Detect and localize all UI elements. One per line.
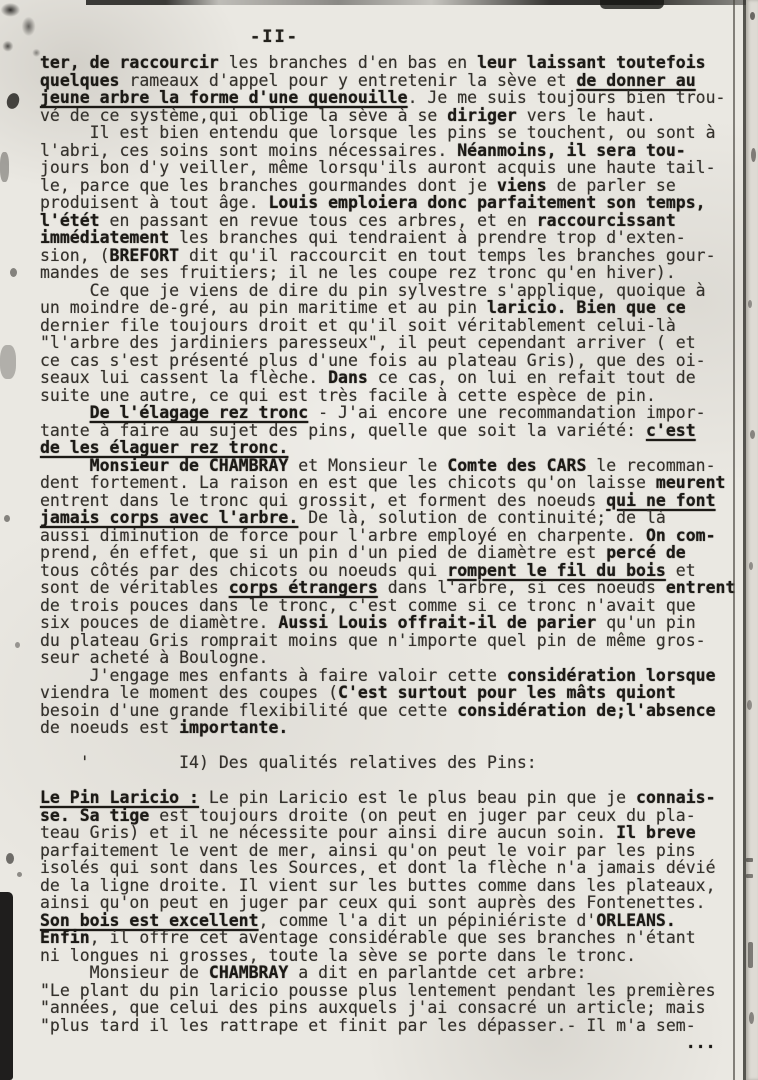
text-segment: jours bon d'y veiller, même lorsqu'ils a… <box>40 158 716 177</box>
text-line: entrent dans le tronc qui grossit, et fo… <box>40 492 740 510</box>
text-line: l'abri, ces soins sont moins nécessaires… <box>40 142 740 160</box>
text-segment: entrent dans le tronc qui grossit, et fo… <box>40 491 606 510</box>
text-segment: l'abri, ces soins sont moins nécessaires… <box>40 141 457 160</box>
scan-top-edge <box>86 0 750 5</box>
text-segment: On com- <box>646 526 716 545</box>
text-line: Enfin, il offre cet aventage considérabl… <box>40 929 740 947</box>
edge-mark <box>750 12 755 20</box>
edge-mark <box>751 148 756 162</box>
text-segment: I4) Des qualités relatives des Pins: <box>179 753 537 772</box>
underlined-text: c'est <box>646 421 696 440</box>
scanned-page: { "page": { "number_label": "-II-", "pap… <box>0 0 758 1080</box>
text-line: seaux lui cassent la flèche. Dans ce cas… <box>40 369 740 387</box>
edge-mark <box>746 874 753 878</box>
text-segment: Enfin <box>40 928 90 947</box>
text-line: dent fortement. La raison en est que les… <box>40 474 740 492</box>
underlined-text: De l'élagage rez tronc <box>90 403 309 422</box>
text-segment: seaux lui cassent la flèche. <box>40 368 328 387</box>
text-segment: seur acheté à Boulogne. <box>40 648 268 667</box>
text-segment: Dans <box>328 368 368 387</box>
text-segment: ce cas, on lui en refait tout de <box>368 368 696 387</box>
text-line: aussi diminution de force pour l'arbre e… <box>40 527 740 545</box>
text-segment: Il breve <box>616 823 695 842</box>
text-segment: isolés qui sont dans les Sources, et don… <box>40 858 716 877</box>
text-line: De l'élagage rez tronc - J'ai encore une… <box>40 404 740 422</box>
ink-speck <box>5 92 21 111</box>
text-segment: mandes de ses fruitiers; il ne les coupe… <box>40 263 676 282</box>
underlined-text: qui ne font <box>606 491 715 510</box>
text-line: de noeuds est importante. <box>40 719 740 737</box>
text-segment: De là, solution de continuité; de là <box>298 508 666 527</box>
text-segment: Comte des CARS <box>447 456 586 475</box>
text-segment: CHAMBRAY <box>209 963 288 982</box>
text-segment: parfaitement le vent de mer, ainsi qu'on… <box>40 841 696 860</box>
text-line: tous côtés par des chicots ou noeuds qui… <box>40 562 740 580</box>
text-segment: qu'un pin <box>596 613 695 632</box>
text-line: Ce que je viens de dire du pin sylvestre… <box>40 282 740 300</box>
edge-mark <box>746 858 753 862</box>
text-segment: "plus tard il les rattrape et finit par … <box>40 1016 696 1035</box>
text-line: tante à faire au sujet des pins, quelle … <box>40 422 740 440</box>
text-segment: prend, én effet, que si un pin d'un pied… <box>40 543 606 562</box>
text-line: mandes de ses fruitiers; il ne les coupe… <box>40 264 740 282</box>
text-line: l'étét en passant en revue tous ces arbr… <box>40 212 740 230</box>
text-line: sion, (BREFORT dit qu'il raccourcit en t… <box>40 247 740 265</box>
text-segment: six pouces de diamètre. <box>40 613 278 632</box>
text-line: sont de véritables corps étrangers dans … <box>40 579 740 597</box>
text-segment: connais- <box>636 788 715 807</box>
text-segment: de parler se <box>547 176 676 195</box>
text-segment: entrent <box>666 578 736 597</box>
underlined-text: jamais corps avec l'arbre. <box>40 508 298 527</box>
text-line: isolés qui sont dans les Sources, et don… <box>40 859 740 877</box>
text-line: immédiatement les branches qui tendraien… <box>40 229 740 247</box>
text-line: jeune arbre la forme d'une quenouille. J… <box>40 89 740 107</box>
text-line: ... <box>40 1034 740 1052</box>
text-segment: raccourcissant <box>537 211 676 230</box>
text-segment: dans l'arbre, si ces noeuds <box>378 578 666 597</box>
ink-speck <box>17 872 22 877</box>
text-segment: Le pin Laricio est le plus beau pin que … <box>199 788 636 807</box>
text-line: "Le plant du pin laricio pousse plus len… <box>40 982 740 1000</box>
text-segment: du plateau Gris romprait moins que n'imp… <box>40 631 706 650</box>
page-number: -II- <box>250 27 299 47</box>
text-segment: les branches qui tendraient à prendre tr… <box>169 228 686 247</box>
edge-mark <box>749 1012 754 1024</box>
text-segment: de la ligne droite. Il vient sur les but… <box>40 876 716 895</box>
text-segment: l'étét <box>40 211 100 230</box>
text-segment: BREFORT <box>110 246 180 265</box>
text-segment: est toujours droite (on peut en juger pa… <box>149 806 695 825</box>
text-segment: le, parce que les branches gourmandes do… <box>40 176 497 195</box>
ink-speck <box>15 642 20 648</box>
text-segment: laricio. Bien que ce <box>487 298 686 317</box>
text-line: vé de ce système,qui oblige la sève à se… <box>40 107 740 125</box>
edge-mark <box>750 430 755 439</box>
text-segment: tante à faire au sujet des pins, quelle … <box>40 421 646 440</box>
text-segment: de noeuds est <box>40 718 179 737</box>
text-segment: . Je me suis toujours bien trou- <box>408 88 726 107</box>
text-segment: les branches d'en bas en <box>219 53 477 72</box>
text-line: jamais corps avec l'arbre. De là, soluti… <box>40 509 740 527</box>
text-line: prend, én effet, que si un pin d'un pied… <box>40 544 740 562</box>
text-segment: se. Sa tige <box>40 806 149 825</box>
text-line: de la ligne droite. Il vient sur les but… <box>40 877 740 895</box>
text-segment: ORLEANS. <box>596 911 675 930</box>
text-segment: viendra le moment des coupes ( <box>40 683 338 702</box>
text-line <box>40 772 740 790</box>
underlined-text: jeune arbre la forme d'une quenouille <box>40 88 408 107</box>
text-segment: rameaux d'appel pour y entretenir la sèv… <box>119 71 576 90</box>
text-line: ' I4) Des qualités relatives des Pins: <box>40 754 740 772</box>
text-segment: Il est bien entendu que lorsque les pins… <box>40 123 716 142</box>
text-segment: immédiatement <box>40 228 169 247</box>
text-line: se. Sa tige est toujours droite (on peut… <box>40 807 740 825</box>
ink-speck <box>6 853 14 864</box>
text-segment: ' <box>40 753 179 772</box>
text-line: quelques rameaux d'appel pour y entreten… <box>40 72 740 90</box>
text-segment: J'engage mes enfants à faire valoir cett… <box>40 666 507 685</box>
text-line: seur acheté à Boulogne. <box>40 649 740 667</box>
text-segment: et <box>666 561 696 580</box>
text-line: le, parce que les branches gourmandes do… <box>40 177 740 195</box>
text-segment: vers le haut. <box>517 106 656 125</box>
ink-speck <box>0 152 9 182</box>
text-segment: le recomman- <box>586 456 715 475</box>
underlined-text: de donner au <box>576 71 695 90</box>
text-line: Il est bien entendu que lorsque les pins… <box>40 124 740 142</box>
underlined-text: Le Pin Laricio : <box>40 788 199 807</box>
text-line: parfaitement le vent de mer, ainsi qu'on… <box>40 842 740 860</box>
edge-mark <box>749 562 753 570</box>
text-segment: suite une autre, ce qui est très facile … <box>40 386 656 405</box>
text-segment: et Monsieur le <box>288 456 447 475</box>
text-line: du plateau Gris romprait moins que n'imp… <box>40 632 740 650</box>
text-body: ter, de raccourcir les branches d'en bas… <box>40 54 740 1052</box>
text-segment: dernier file toujours droit et qu'il soi… <box>40 316 676 335</box>
text-segment: Néanmoins, il sera tou- <box>457 141 685 160</box>
text-line: jours bon d'y veiller, même lorsqu'ils a… <box>40 159 740 177</box>
text-line: de trois pouces dans le tronc, c'est com… <box>40 597 740 615</box>
text-segment: ainsi qu'on peut en juger par ceux qui s… <box>40 893 706 912</box>
text-segment: un moindre de-gré, au pin maritime et au… <box>40 298 487 317</box>
text-segment: C'est surtout pour les mâts quiont <box>338 683 676 702</box>
text-line: Monsieur de CHAMBRAY et Monsieur le Comt… <box>40 457 740 475</box>
text-line: six pouces de diamètre. Aussi Louis offr… <box>40 614 740 632</box>
ink-speck <box>10 268 17 277</box>
text-line: Le Pin Laricio : Le pin Laricio est le p… <box>40 789 740 807</box>
text-line: suite une autre, ce qui est très facile … <box>40 387 740 405</box>
text-line: teau Gris) et il ne nécessite pour ainsi… <box>40 824 740 842</box>
text-line: un moindre de-gré, au pin maritime et au… <box>40 299 740 317</box>
text-segment: ce cas s'est présenté plus d'une fois au… <box>40 351 706 370</box>
underlined-text: de les élaguer rez tronc. <box>40 438 288 457</box>
text-line: "plus tard il les rattrape et finit par … <box>40 1017 740 1035</box>
text-segment: , comme l'a dit un pépiniériste d' <box>259 911 597 930</box>
page-edge-right <box>746 0 758 1080</box>
underlined-text: Son bois est excellent <box>40 911 259 930</box>
text-segment: sion, ( <box>40 246 110 265</box>
text-line: J'engage mes enfants à faire valoir cett… <box>40 667 740 685</box>
page-edge-line <box>743 0 746 1080</box>
text-segment: meurent <box>656 473 726 492</box>
text-segment: Monsieur de <box>40 963 209 982</box>
text-segment: teau Gris) et il ne nécessite pour ainsi… <box>40 823 616 842</box>
text-segment: Aussi Louis offrait-il de parier <box>278 613 596 632</box>
text-segment: importante. <box>179 718 288 737</box>
text-segment: , il offre cet aventage considérable que… <box>90 928 696 947</box>
text-segment: considération lorsque <box>507 666 716 685</box>
text-segment: en passant en revue tous ces arbres, et … <box>100 211 537 230</box>
text-segment: besoin d'une grande flexibilité que cett… <box>40 701 457 720</box>
text-line: ter, de raccourcir les branches d'en bas… <box>40 54 740 72</box>
text-segment: Louis emploiera donc parfaitement son te… <box>268 193 705 212</box>
binding-shadow-bar <box>0 892 13 1080</box>
text-segment <box>40 403 90 422</box>
text-segment: quelques <box>40 71 119 90</box>
text-segment: ni longues ni grosses, toute la sève se … <box>40 946 636 965</box>
text-segment: dit qu'il raccourcit en tout temps les b… <box>179 246 715 265</box>
text-line: de les élaguer rez tronc. <box>40 439 740 457</box>
text-segment: Monsieur de CHAMBRAY <box>90 456 289 475</box>
text-segment: de trois pouces dans le tronc, c'est com… <box>40 596 696 615</box>
text-segment: dent fortement. La raison en est que les… <box>40 473 656 492</box>
text-segment: sont de véritables <box>40 578 229 597</box>
text-line: ni longues ni grosses, toute la sève se … <box>40 947 740 965</box>
ink-speck <box>4 515 10 522</box>
text-line: ainsi qu'on peut en juger par ceux qui s… <box>40 894 740 912</box>
text-segment: "Le plant du pin laricio pousse plus len… <box>40 981 716 1000</box>
text-segment: percé de <box>606 543 685 562</box>
text-line: produisent à tout âge. Louis emploiera d… <box>40 194 740 212</box>
text-segment: "l'arbre des jardiniers paresseux", il p… <box>40 333 696 352</box>
text-segment: viens <box>497 176 547 195</box>
text-segment: diriger <box>447 106 517 125</box>
text-line: viendra le moment des coupes (C'est surt… <box>40 684 740 702</box>
text-segment: leur laissant toutefois <box>477 53 705 72</box>
text-segment: ter, de raccourcir <box>40 53 219 72</box>
text-segment <box>40 1033 686 1052</box>
text-segment: a dit en parlantde cet arbre: <box>288 963 586 982</box>
text-segment <box>40 456 90 475</box>
ink-smudge <box>600 0 664 9</box>
text-line <box>40 737 740 755</box>
edge-mark <box>748 300 752 308</box>
text-line: dernier file toujours droit et qu'il soi… <box>40 317 740 335</box>
underlined-text: rompent le fil du bois <box>447 561 666 580</box>
text-segment: ... <box>686 1033 716 1052</box>
text-segment: "années, que celui des pins auxquels j'a… <box>40 998 706 1017</box>
underlined-text: corps étrangers <box>229 578 378 597</box>
edge-mark <box>747 700 752 710</box>
text-segment: Ce que je viens de dire du pin sylvestre… <box>40 281 706 300</box>
text-line: "années, que celui des pins auxquels j'a… <box>40 999 740 1017</box>
text-segment: - J'ai encore une recommandation impor- <box>308 403 705 422</box>
text-line: Monsieur de CHAMBRAY a dit en parlantde … <box>40 964 740 982</box>
text-segment: considération de;l'absence <box>457 701 715 720</box>
text-line: besoin d'une grande flexibilité que cett… <box>40 702 740 720</box>
edge-mark <box>748 942 753 968</box>
text-segment: tous côtés par des chicots ou noeuds qui <box>40 561 447 580</box>
ink-speck <box>0 345 16 379</box>
text-segment: vé de ce système,qui oblige la sève à se <box>40 106 447 125</box>
text-line: "l'arbre des jardiniers paresseux", il p… <box>40 334 740 352</box>
text-line: ce cas s'est présenté plus d'une fois au… <box>40 352 740 370</box>
text-line: Son bois est excellent, comme l'a dit un… <box>40 912 740 930</box>
text-segment: produisent à tout âge. <box>40 193 268 212</box>
text-segment: aussi diminution de force pour l'arbre e… <box>40 526 646 545</box>
